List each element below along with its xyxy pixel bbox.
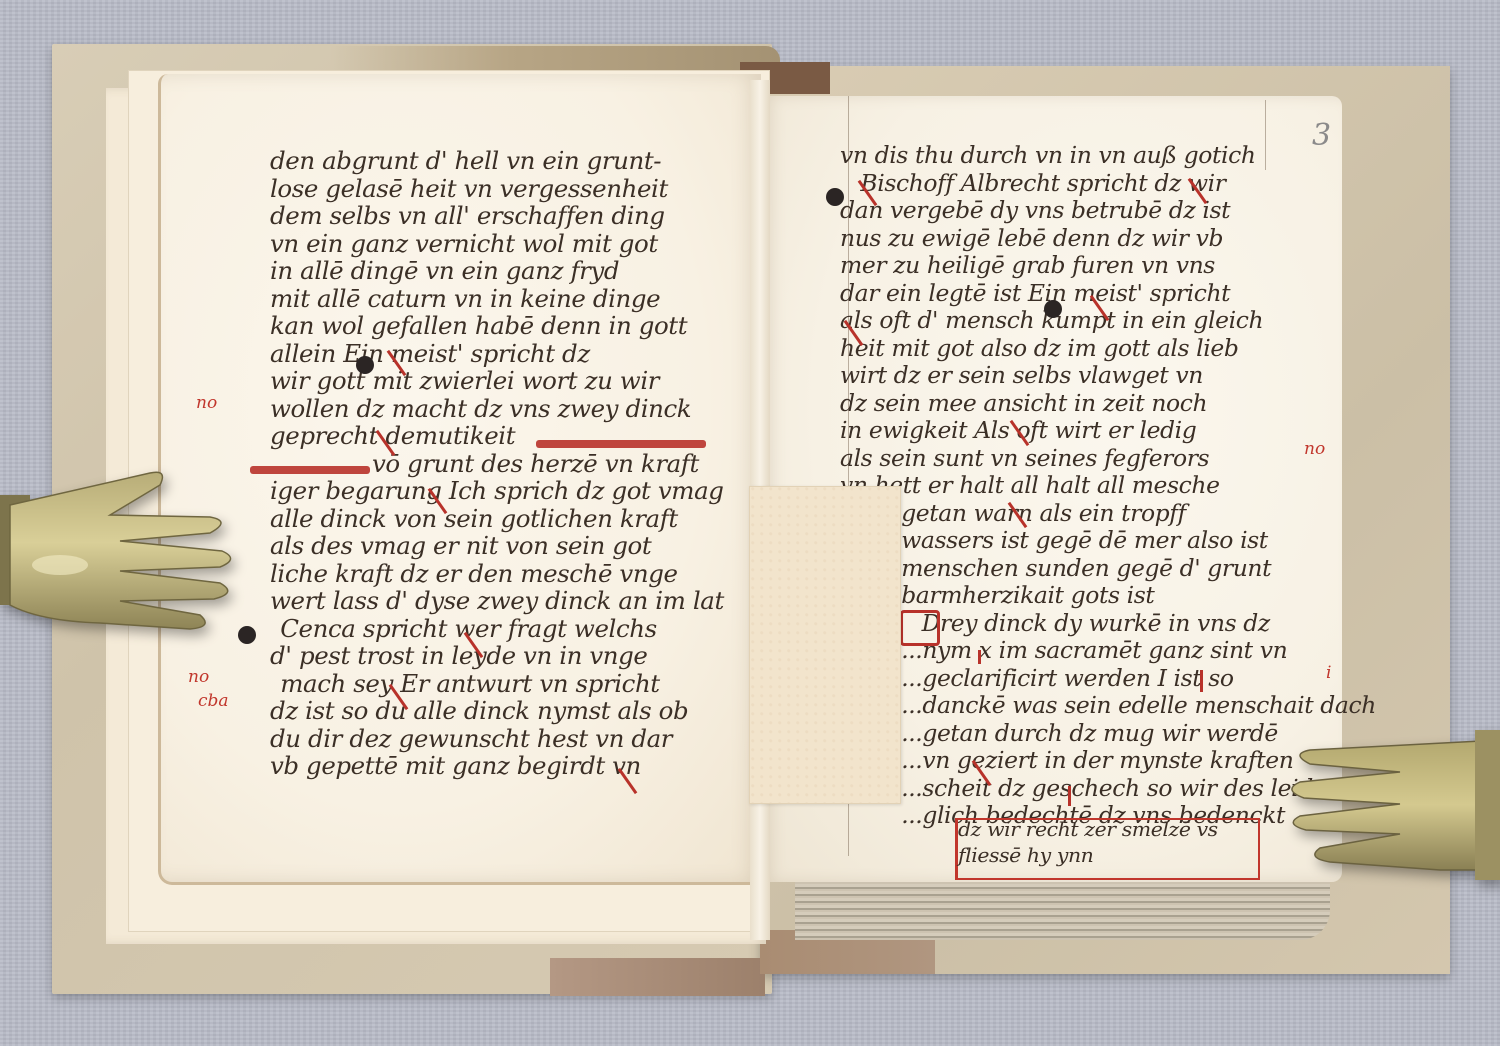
- text-line: vn hett er halt all halt all mesche: [840, 473, 1376, 501]
- text-line: als sein sunt vn seines fegferors: [840, 446, 1376, 474]
- text-line: in allē dingē vn ein ganz fryd: [270, 258, 724, 286]
- text-line: dan vergebē dy vns betrubē dz ist: [840, 198, 1376, 226]
- red-initial-d: [900, 610, 940, 646]
- brass-hand-weight-right-icon: [1280, 720, 1500, 890]
- rubric-stroke: [1068, 786, 1071, 806]
- paragraph-mark-icon: [1044, 300, 1062, 318]
- text-line: dem selbs vn all' erschaffen ding: [270, 203, 724, 231]
- text-line: d' pest trost in leyde vn in vnge: [270, 643, 724, 671]
- rubric-stroke: [1200, 670, 1203, 692]
- text-line: nus zu ewigē lebē denn dz wir vb: [840, 226, 1376, 254]
- red-strikethrough: [536, 440, 706, 448]
- colophon-text: dz wir recht zer smelzē vs fliessē hy yn…: [958, 816, 1218, 868]
- text-line: wirt dz er sein selbs vlawget vn: [840, 363, 1376, 391]
- text-line: fliessē hy ynn: [958, 842, 1218, 868]
- margin-note: cba: [198, 692, 229, 710]
- text-line: dz wir recht zer smelzē vs: [958, 816, 1218, 842]
- text-line: als des vmag er nit von sein got: [270, 533, 724, 561]
- inserted-paper-slip: [749, 486, 901, 804]
- leather-spine-bottom: [550, 958, 765, 996]
- text-line: dz sein mee ansicht in zeit noch: [840, 391, 1376, 419]
- text-line: mach sey Er antwurt vn spricht: [270, 671, 724, 699]
- text-line: iger begarung Ich sprich dz got vmag: [270, 478, 724, 506]
- text-line: vn dis thu durch vn in vn auß gotich: [840, 143, 1376, 171]
- text-line: barmherzikait gots ist: [840, 583, 1376, 611]
- text-line: mit allē caturn vn in keine dinge: [270, 286, 724, 314]
- text-line: vb gepettē mit ganz begirdt vn: [270, 753, 724, 781]
- text-line: mer zu heiligē grab furen vn vns: [840, 253, 1376, 281]
- text-line: dar ein legtē ist Ein meist' spricht: [840, 281, 1376, 309]
- text-line: den abgrunt d' hell vn ein grunt-: [270, 148, 724, 176]
- paragraph-mark-icon: [826, 188, 844, 206]
- text-line: dz ist so du alle dinck nymst als ob: [270, 698, 724, 726]
- text-line: ...geclarificirt werden I ist so: [840, 666, 1376, 694]
- text-line: liche kraft dz er den meschē vnge: [270, 561, 724, 589]
- text-line: wollen dz macht dz vns zwey dinck: [270, 396, 724, 424]
- red-strikethrough: [250, 466, 370, 474]
- text-line: lose gelasē heit vn vergessenheit: [270, 176, 724, 204]
- brass-hand-weight-left-icon: [0, 455, 250, 645]
- text-line: ...danckē was sein edelle menschait dach: [840, 693, 1376, 721]
- text-line: Bischoff Albrecht spricht dz wir: [840, 171, 1376, 199]
- text-line: Cenca spricht wer fragt welchs: [270, 616, 724, 644]
- text-line: wassers ist gegē dē mer also ist: [840, 528, 1376, 556]
- margin-note: no: [1304, 440, 1325, 458]
- text-line: wir gott mit zwierlei wort zu wir: [270, 368, 724, 396]
- text-line: in ewigkeit Als oft wirt er ledig: [840, 418, 1376, 446]
- text-line: kan wol gefallen habē denn in gott: [270, 313, 724, 341]
- text-line: alle dinck von sein gotlichen kraft: [270, 506, 724, 534]
- text-line: als oft d' mensch kumpt in ein gleich: [840, 308, 1376, 336]
- text-line: heit mit got also dz im gott als lieb: [840, 336, 1376, 364]
- margin-note: no: [188, 668, 209, 686]
- text-line: getan warn als ein tropff: [840, 501, 1376, 529]
- margin-note: i: [1326, 664, 1331, 682]
- rubric-stroke: [978, 650, 981, 664]
- text-line: menschen sunden gegē d' grunt: [840, 556, 1376, 584]
- text-line: du dir dez gewunscht hest vn dar: [270, 726, 724, 754]
- text-line: vn ein ganz vernicht wol mit got: [270, 231, 724, 259]
- text-line: wert lass d' dyse zwey dinck an im lat: [270, 588, 724, 616]
- left-page-text: den abgrunt d' hell vn ein grunt- lose g…: [270, 148, 724, 781]
- text-line: allein Ein meist' spricht dz: [270, 341, 724, 369]
- paragraph-mark-icon: [356, 356, 374, 374]
- margin-note: no: [196, 394, 217, 412]
